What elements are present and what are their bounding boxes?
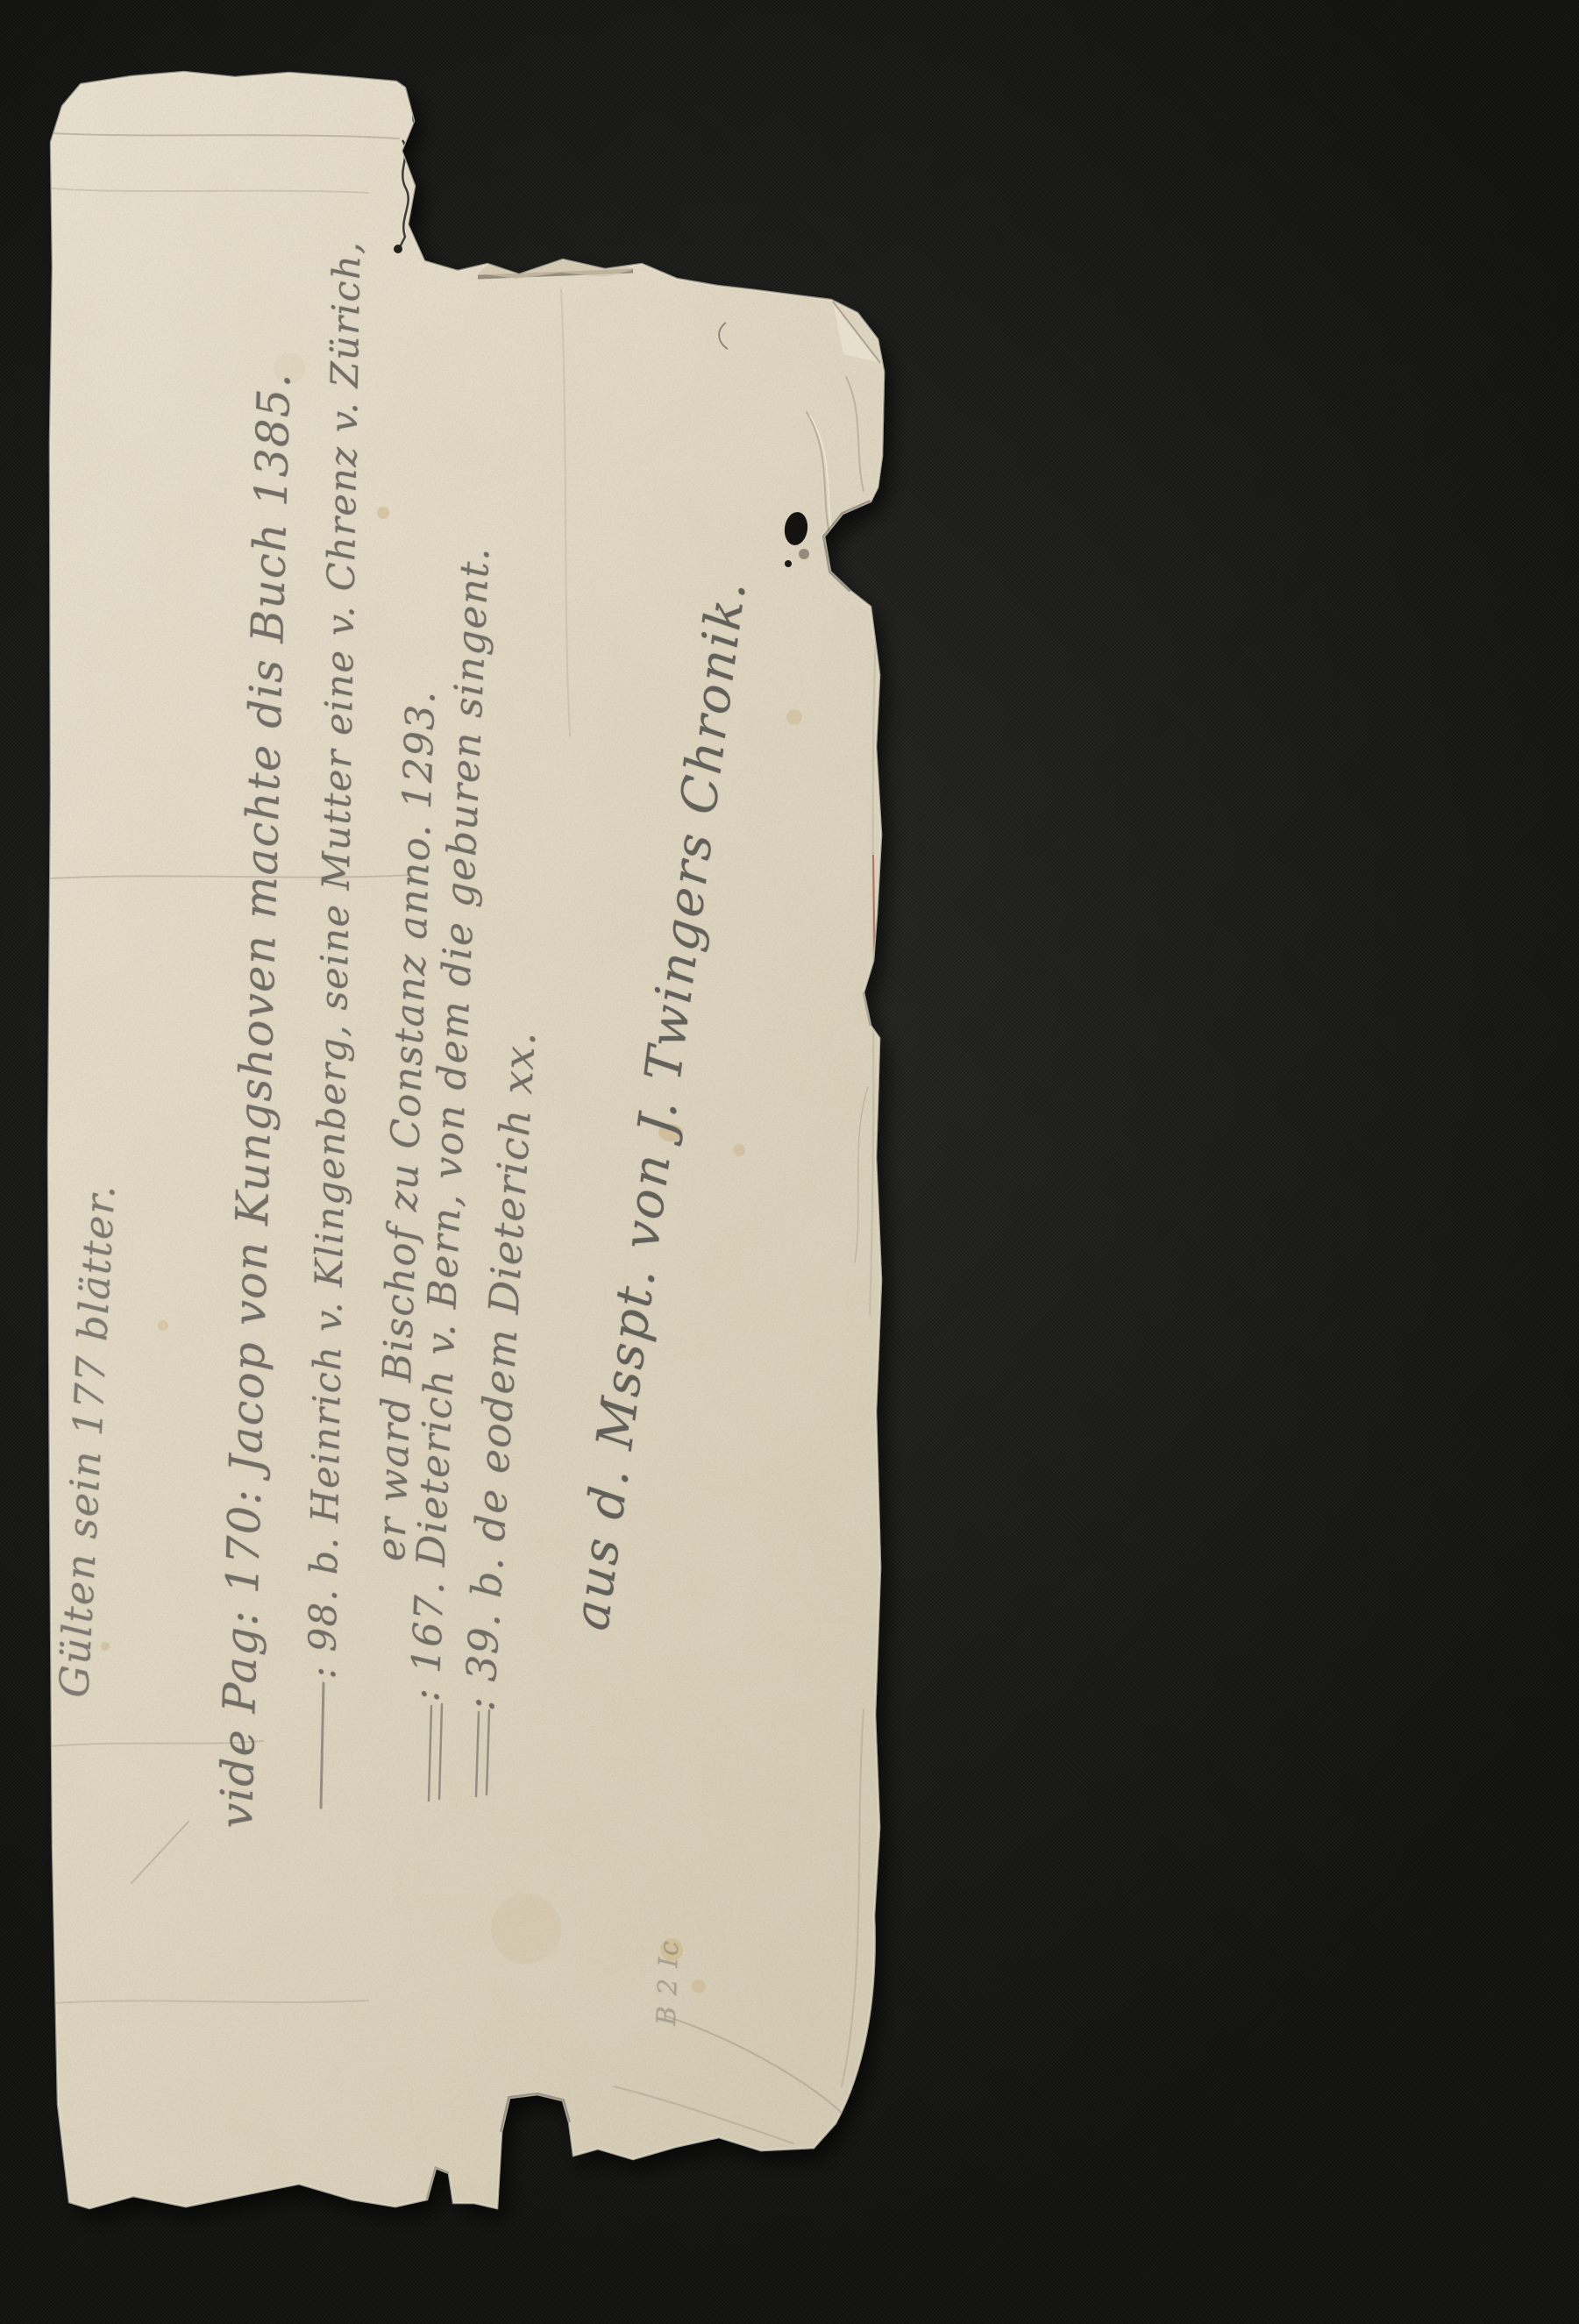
photo-of-manuscript-on-cloth: Gülten sein 177 blätter. vide Pag: 170: … — [0, 0, 1579, 2324]
torn-edge-fringe — [478, 252, 633, 279]
shelfmark-pencil: B 2 Ic — [652, 1939, 686, 2026]
